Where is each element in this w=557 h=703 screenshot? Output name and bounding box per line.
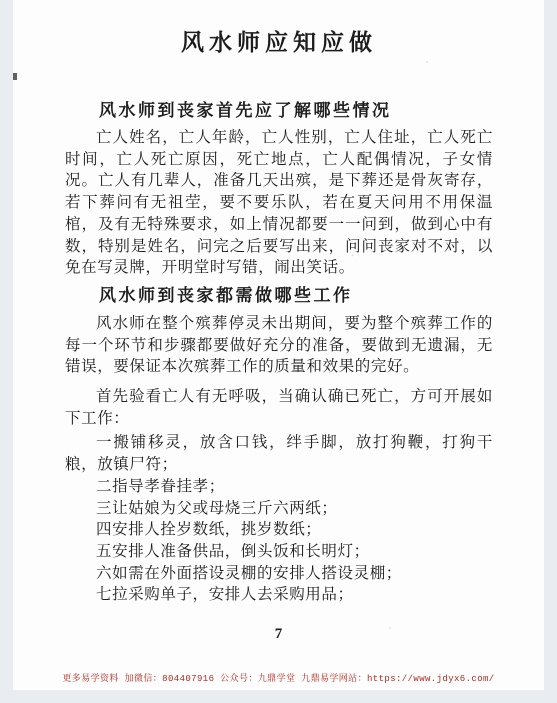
document-page: 风水师应知应做 风水师到丧家首先应了解哪些情况 亡人姓名，亡人年龄，亡人性别，亡… bbox=[13, 0, 544, 690]
task-item-2: 二指导孝眷挂孝； bbox=[65, 476, 493, 498]
task-item-7: 七拉采购单子，安排人去采购用品； bbox=[65, 584, 493, 606]
page-title: 风水师应知应做 bbox=[65, 0, 493, 58]
task-item-6: 六如需在外面搭设灵棚的安排人搭设灵棚； bbox=[65, 563, 493, 585]
task-item-3: 三让姑娘为父或母烧三斤六两纸； bbox=[65, 498, 493, 520]
page-number: 7 bbox=[13, 626, 544, 643]
paragraph-what-to-learn: 亡人姓名，亡人年龄，亡人性别，亡人住址，亡人死亡时间，亡人死亡原因，死亡地点，亡… bbox=[65, 127, 493, 279]
scan-artifact-mark bbox=[13, 73, 17, 80]
paragraph-tasks-intro: 风水师在整个殡葬停灵未出期间，要为整个殡葬工作的每一个环节和步骤都要做好充分的准… bbox=[65, 313, 493, 378]
section-heading-what-to-learn: 风水师到丧家首先应了解哪些情况 bbox=[65, 100, 493, 121]
task-item-4: 四安排人拴岁数纸，挑岁数纸； bbox=[65, 519, 493, 541]
section-heading-tasks: 风水师到丧家都需做哪些工作 bbox=[65, 285, 493, 306]
task-item-1: 一搬铺移灵，放含口钱，绊手脚，放打狗鞭，打狗干粮，放镇尸符； bbox=[65, 432, 493, 475]
task-list: 一搬铺移灵，放含口钱，绊手脚，放打狗鞭，打狗干粮，放镇尸符； 二指导孝眷挂孝； … bbox=[65, 432, 493, 606]
paragraph-confirm-death: 首先验看亡人有无呼吸，当确认确已死亡，方可开展如下工作： bbox=[65, 386, 493, 429]
task-item-5: 五安排人准备供品，倒头饭和长明灯； bbox=[65, 541, 493, 563]
footer-promo-text: 更多易学资料 加微信：804407916 公众号：九鼎学堂 九鼎易学网站：htt… bbox=[13, 671, 544, 684]
scanned-document-viewport: 风水师应知应做 风水师到丧家首先应了解哪些情况 亡人姓名，亡人年龄，亡人性别，亡… bbox=[0, 0, 557, 703]
